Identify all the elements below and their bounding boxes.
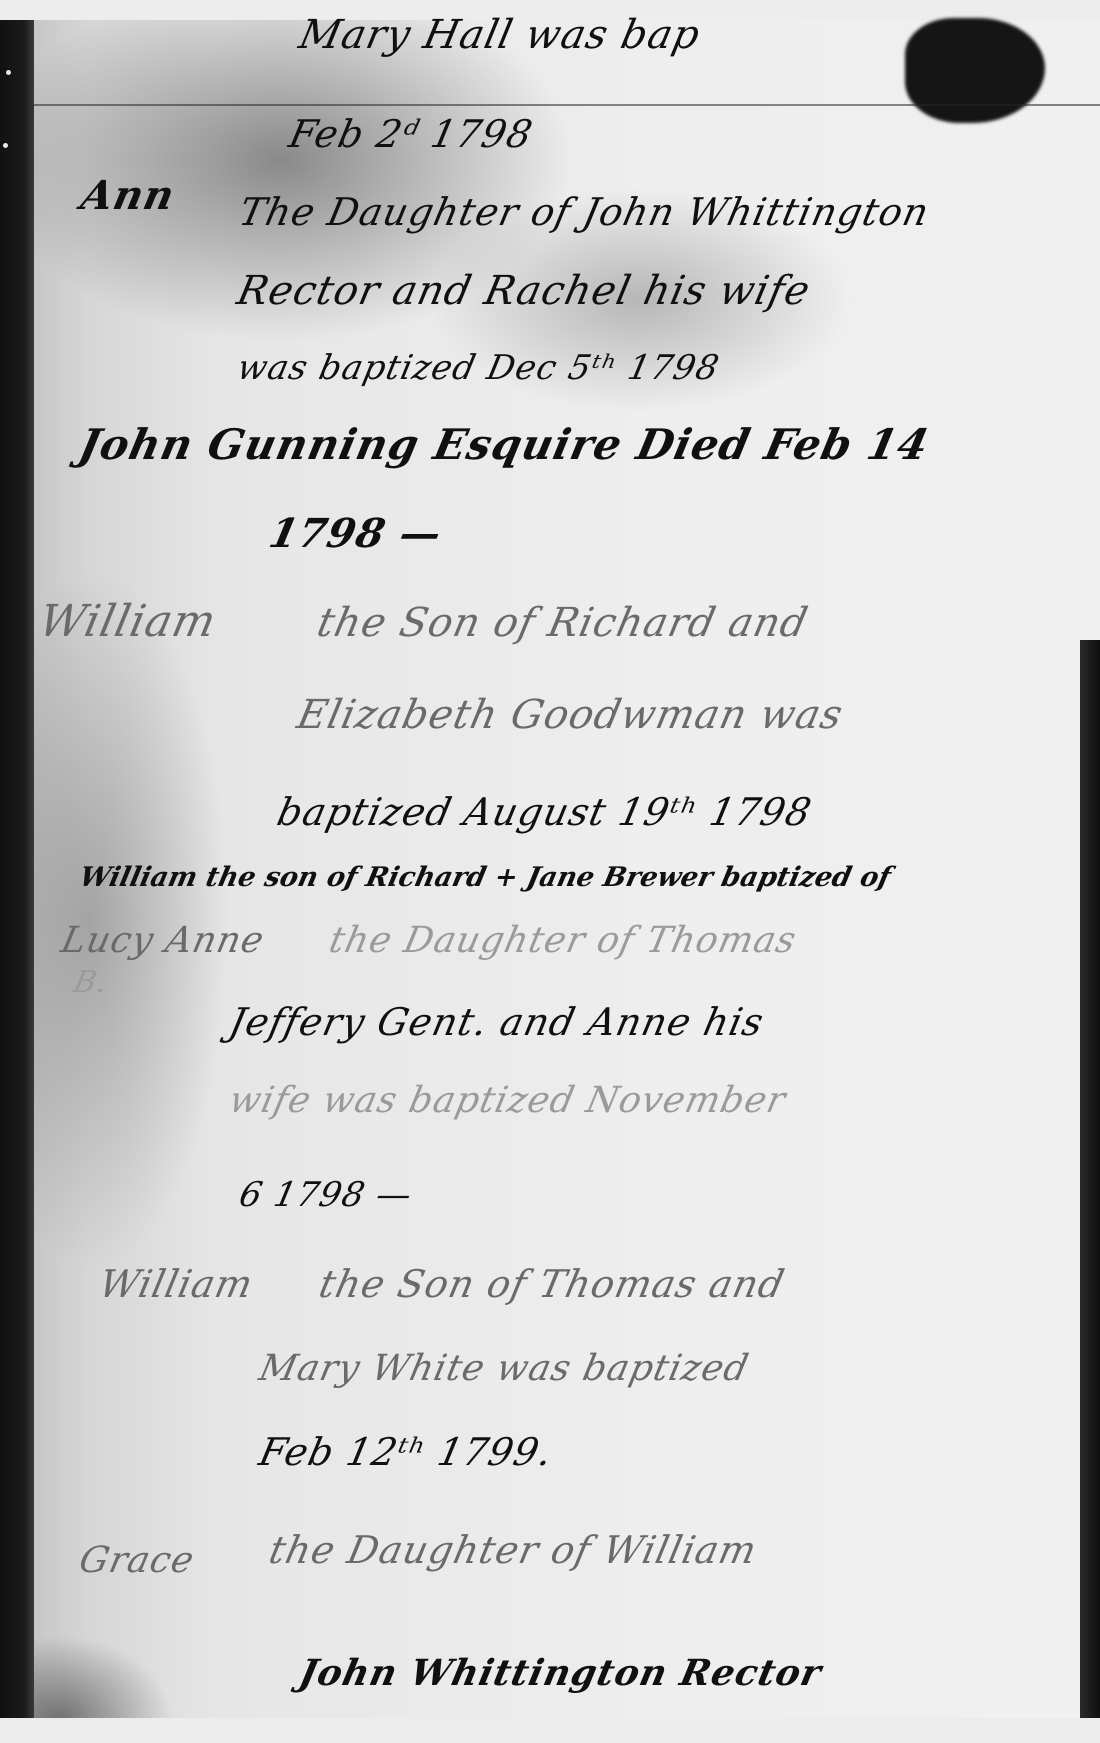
- scanned-register-page: Mary Hall was bap Feb 2ᵈ 1798 Ann The Da…: [0, 0, 1100, 1743]
- entry-line: wife was baptized November: [226, 1080, 790, 1121]
- entry-line: The Daughter of John Whittington: [235, 190, 933, 234]
- entry-line: the Son of Thomas and: [315, 1262, 789, 1306]
- rector-signature: John Whittington Rector: [296, 1652, 826, 1694]
- entry-line: Jeffery Gent. and Anne his: [225, 1000, 768, 1044]
- entry-line: the Son of Richard and: [313, 600, 812, 646]
- entry-line: Mary Hall was bap: [295, 12, 704, 58]
- entry-line: was baptized Dec 5ᵗʰ 1798: [234, 348, 723, 388]
- entry-line: Elizabeth Goodwman was: [293, 692, 847, 738]
- margin-note: B.: [70, 965, 111, 1000]
- binding-speck: [6, 70, 11, 75]
- binding-speck: [3, 143, 8, 148]
- margin-name: Grace: [76, 1540, 199, 1581]
- entry-line: baptized August 19ᵗʰ 1798: [273, 790, 816, 834]
- entry-line: Rector and Rachel his wife: [233, 268, 814, 314]
- left-binding-shadow: [0, 20, 34, 1718]
- scan-bottom-margin: [0, 1718, 1100, 1743]
- entry-line: John Gunning Esquire Died Feb 14: [75, 420, 934, 469]
- entry-line: the Daughter of William: [265, 1528, 761, 1572]
- margin-name: William: [95, 1262, 257, 1306]
- margin-name: Ann: [77, 172, 179, 219]
- inserted-entry-line: William the son of Richard + Jane Brewer…: [77, 862, 894, 893]
- entry-line: the Daughter of Thomas: [326, 920, 801, 961]
- right-page-edge-shadow: [1080, 640, 1100, 1718]
- entry-line: 6 1798 —: [236, 1175, 416, 1215]
- entry-line: 1798 —: [265, 510, 446, 557]
- margin-name: Lucy Anne: [58, 920, 268, 961]
- margin-name: William: [35, 596, 222, 647]
- entry-line: Feb 2ᵈ 1798: [285, 112, 537, 156]
- ruled-line: [34, 104, 1100, 106]
- entry-line: Mary White was baptized: [256, 1348, 753, 1389]
- entry-line: Feb 12ᵗʰ 1799.: [255, 1430, 557, 1474]
